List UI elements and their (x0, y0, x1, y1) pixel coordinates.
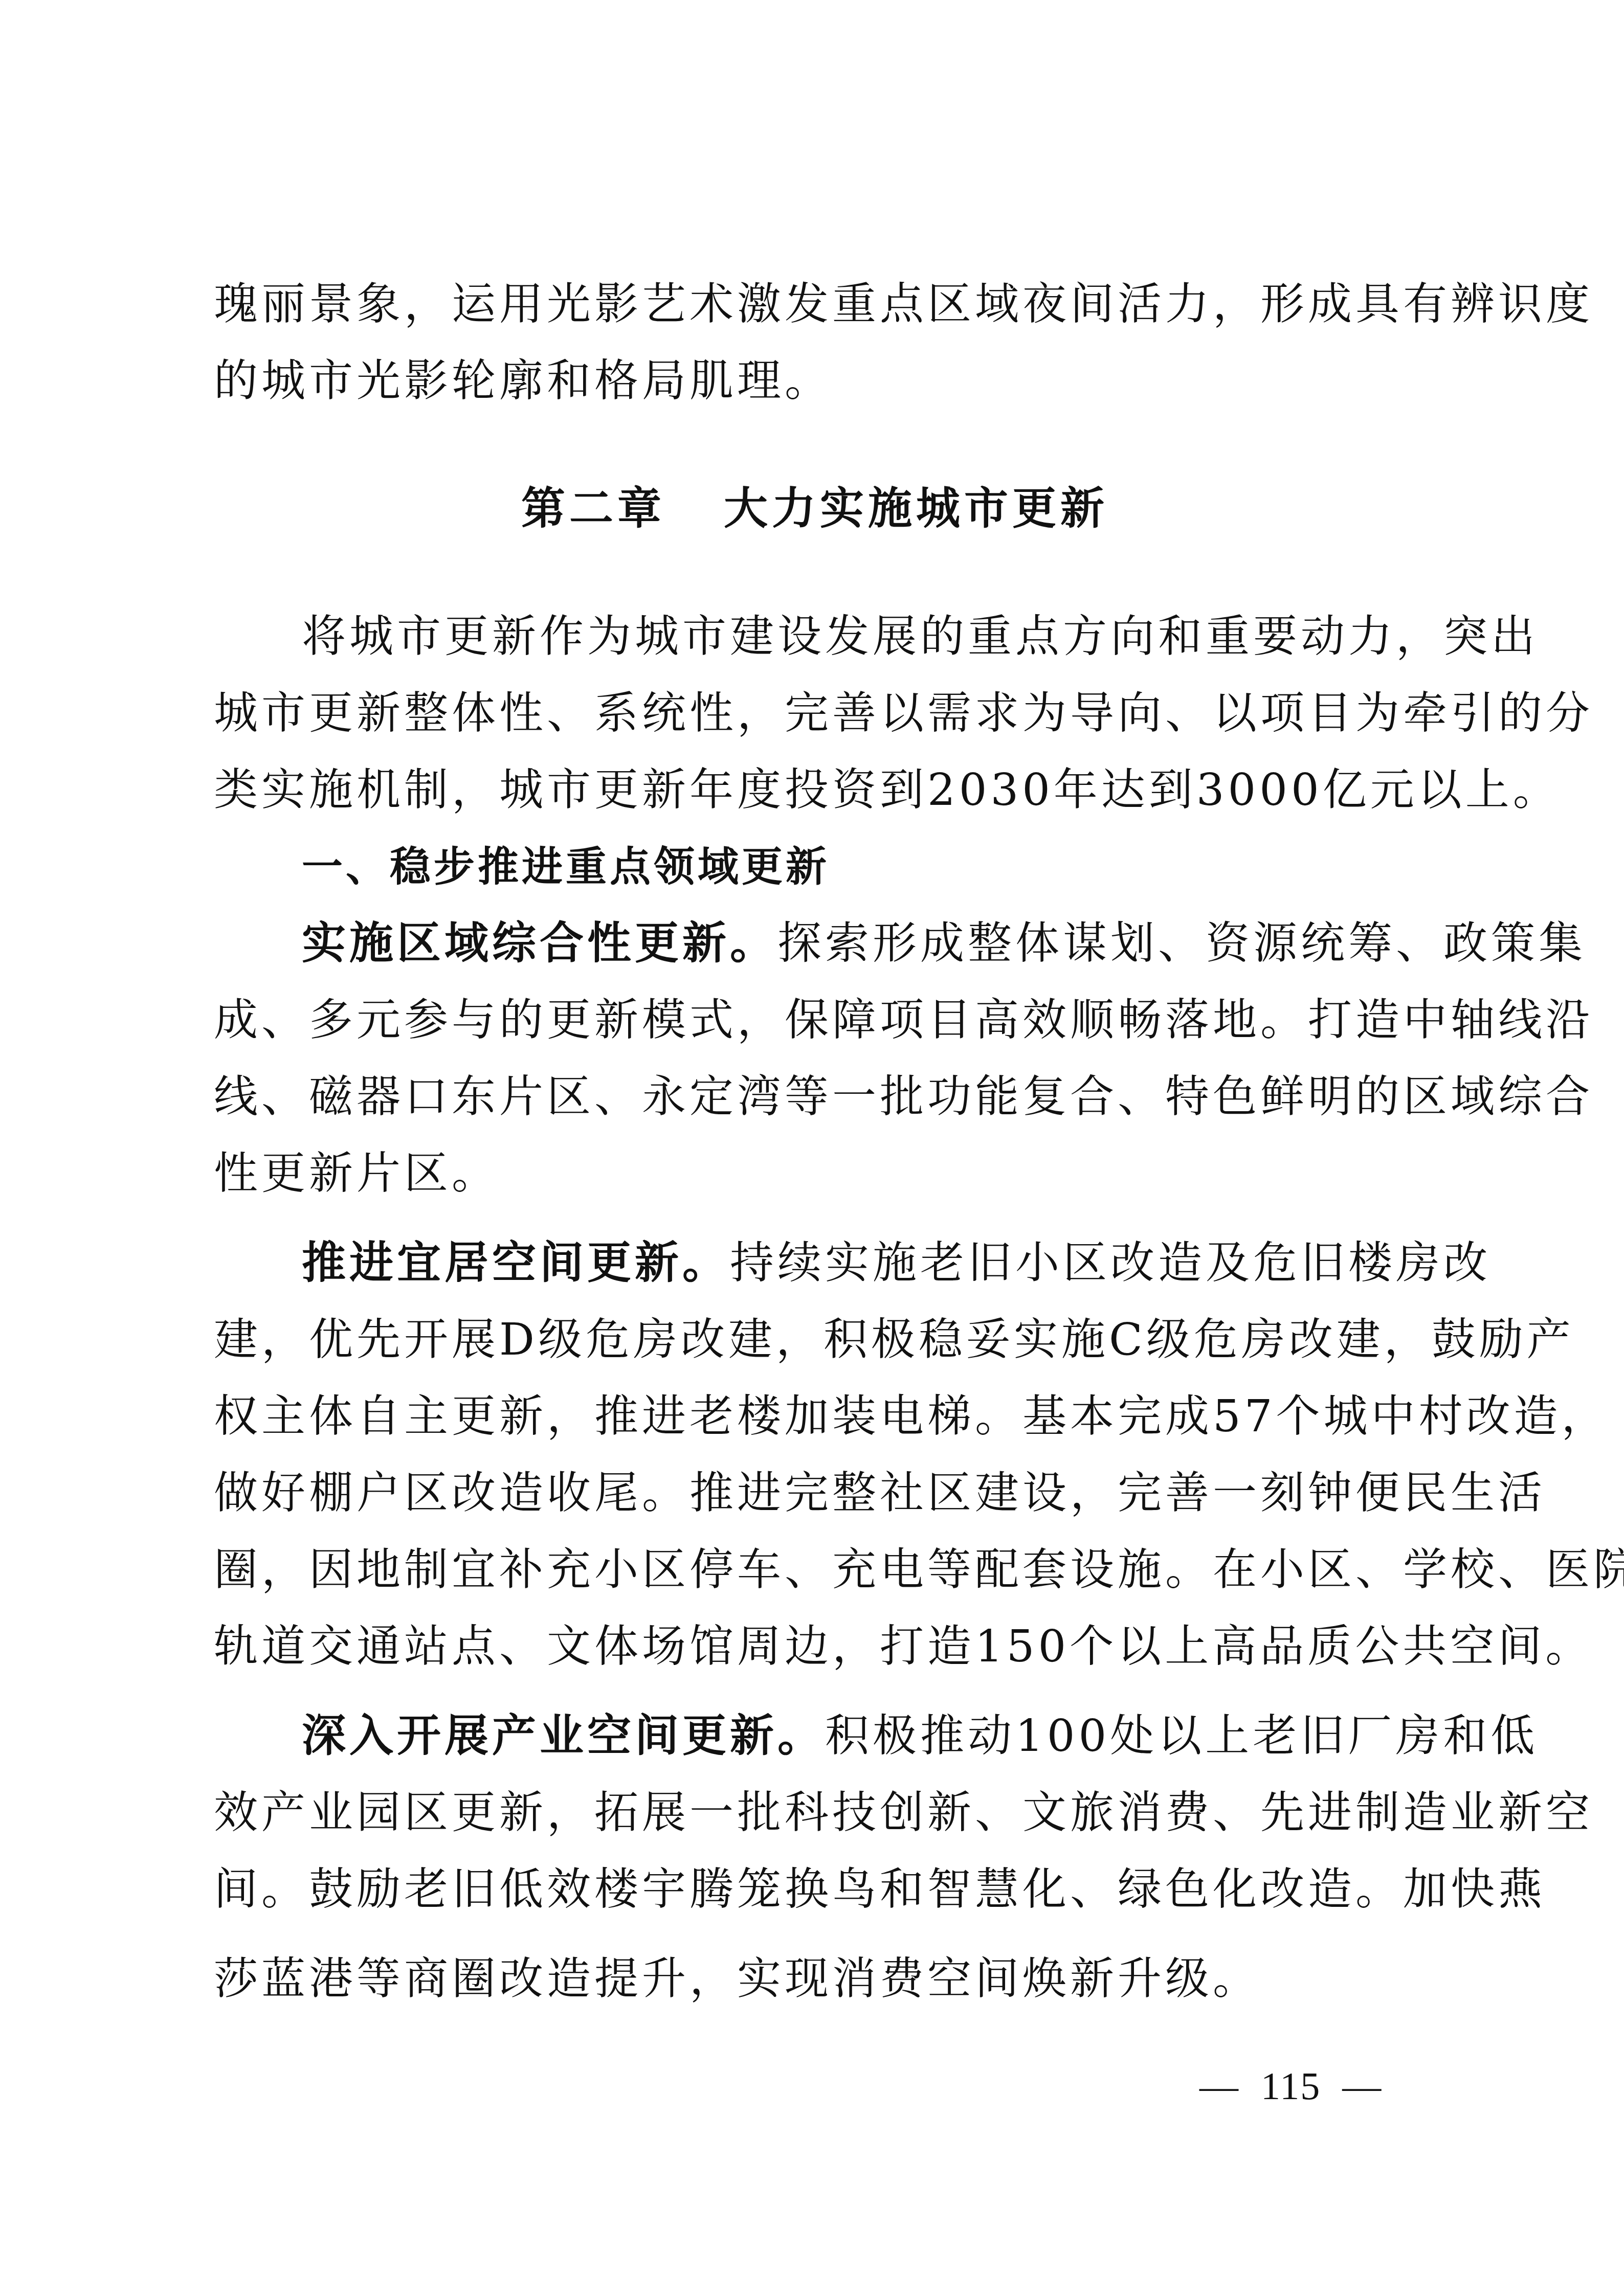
body-text-line: 的城市光影轮廓和格局肌理。 (214, 355, 1416, 407)
body-text-line: 城市更新整体性、系统性，完善以需求为导向、以项目为牵引的分 (214, 688, 1416, 739)
body-text-line: 线、磁器口东片区、永定湾等一批功能复合、特色鲜明的区域综合 (214, 1071, 1416, 1122)
paragraph-lead: 深入开展产业空间更新。 (302, 1710, 825, 1762)
chapter-name: 大力实施城市更新 (724, 483, 1108, 534)
body-text-line: 轨道交通站点、文体场馆周边，打造150个以上高品质公共空间。 (214, 1621, 1416, 1672)
page-number-dash-left: — (1199, 2065, 1239, 2108)
body-text-line: 权主体自主更新，推进老楼加装电梯。基本完成57个城中村改造， (214, 1391, 1416, 1442)
body-text-line: 效产业园区更新，拓展一批科技创新、文旅消费、先进制造业新空 (214, 1787, 1416, 1838)
body-text-line: 类实施机制，城市更新年度投资到2030年达到3000亿元以上。 (214, 764, 1416, 816)
section-heading: 一、稳步推进重点领域更新 (302, 841, 830, 892)
paragraph-text: 持续实施老旧小区改造及危旧楼房改 (730, 1237, 1491, 1289)
body-text-line: 做好棚户区改造收尾。推进完整社区建设，完善一刻钟便民生活 (214, 1468, 1416, 1519)
chapter-number: 第二章 (521, 483, 665, 534)
body-text-line: 圈，因地制宜补充小区停车、充电等配套设施。在小区、学校、医院、 (214, 1544, 1416, 1595)
page-number: — 115 — (1199, 2063, 1382, 2109)
paragraph-lead: 推进宜居空间更新。 (302, 1237, 730, 1289)
body-text-line: 莎蓝港等商圈改造提升，实现消费空间焕新升级。 (214, 1953, 1416, 2005)
paragraph-text: 探索形成整体谋划、资源统筹、政策集 (777, 918, 1586, 969)
body-text-line: 间。鼓励老旧低效楼宇腾笼换鸟和智慧化、绿色化改造。加快燕 (214, 1864, 1416, 1915)
paragraph-lead: 实施区域综合性更新。 (302, 917, 777, 969)
paragraph-first-line: 推进宜居空间更新。持续实施老旧小区改造及危旧楼房改 (214, 1237, 1416, 1289)
body-text-line: 瑰丽景象，运用光影艺术激发重点区域夜间活力，形成具有辨识度 (214, 279, 1416, 330)
page-number-value: 115 (1261, 2065, 1321, 2108)
paragraph-first-line: 实施区域综合性更新。探索形成整体谋划、资源统筹、政策集 (214, 918, 1416, 969)
paragraph-first-line: 深入开展产业空间更新。积极推动100处以上老旧厂房和低 (214, 1710, 1416, 1762)
paragraph-text: 积极推动100处以上老旧厂房和低 (825, 1710, 1538, 1762)
body-text-line: 性更新片区。 (214, 1148, 1416, 1199)
body-text-line: 建，优先开展D级危房改建，积极稳妥实施C级危房改建，鼓励产 (214, 1314, 1416, 1365)
chapter-title: 第二章 大力实施城市更新 (214, 483, 1416, 534)
body-text-line: 将城市更新作为城市建设发展的重点方向和重要动力，突出 (214, 611, 1416, 662)
body-text-line: 成、多元参与的更新模式，保障项目高效顺畅落地。打造中轴线沿 (214, 995, 1416, 1046)
page-number-dash-right: — (1342, 2065, 1382, 2108)
